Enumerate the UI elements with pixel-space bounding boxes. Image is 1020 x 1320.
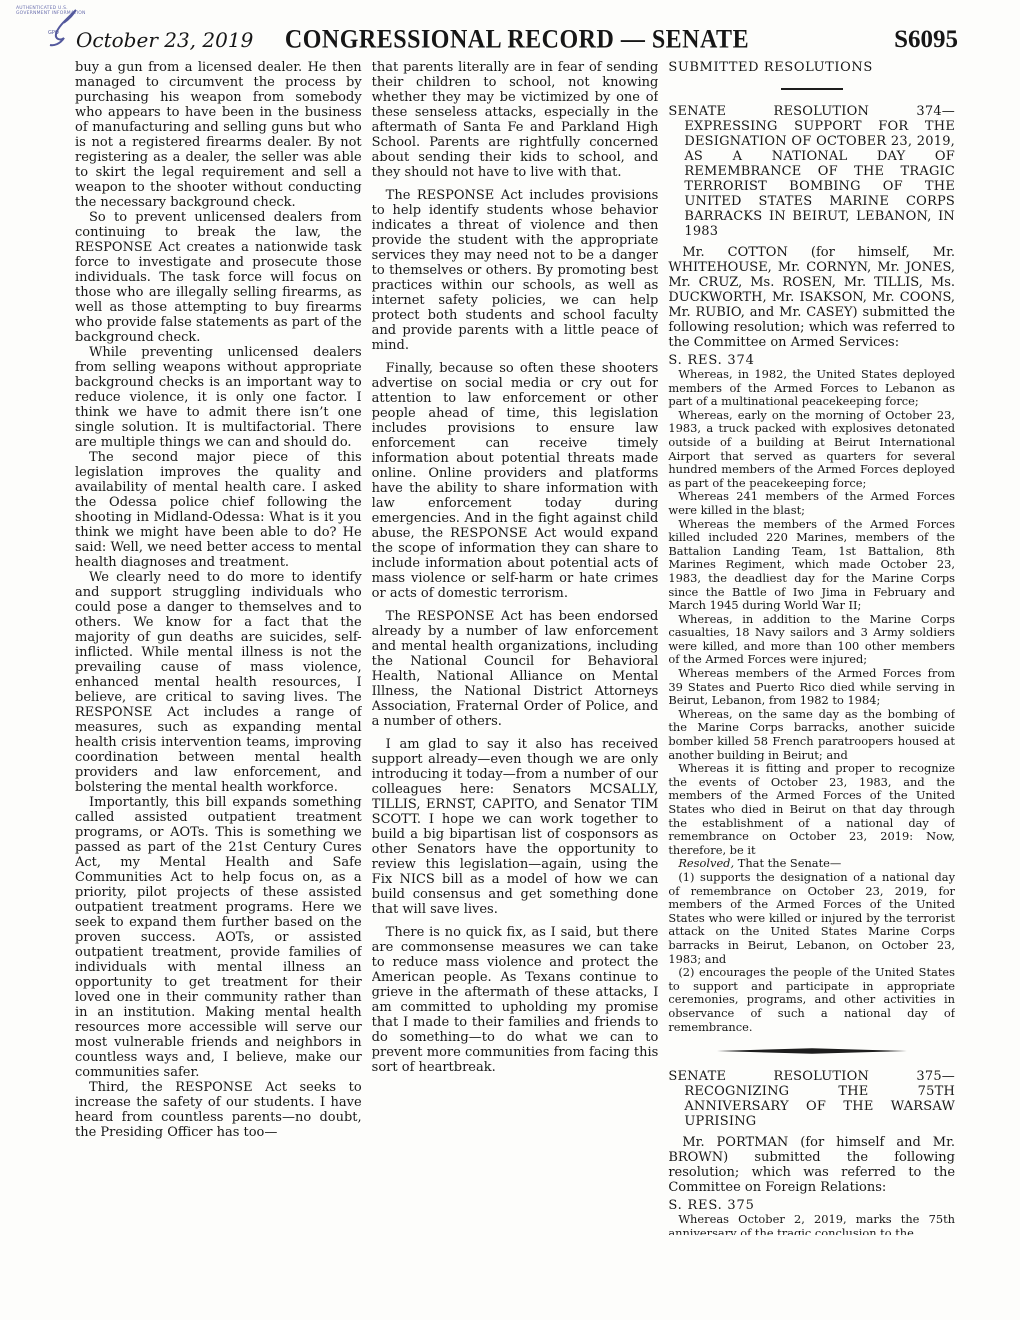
resolution-375-designation: S. RES. 375 [668, 1198, 955, 1213]
masthead-title: CONGRESSIONAL RECORD — SENATE [285, 26, 749, 55]
lens-divider [717, 1048, 907, 1054]
resolution-clause: (1) supports the designation of a nation… [668, 871, 955, 966]
speech-paragraph: So to prevent unlicensed dealers from co… [75, 210, 362, 345]
resolution-clause: (2) encourages the people of the United … [668, 966, 955, 1034]
page-number: S6095 [749, 26, 958, 54]
resolved-rest: That the Senate— [734, 856, 841, 870]
speech-paragraph: Importantly, this bill expands something… [75, 795, 362, 1080]
speech-paragraph: I am glad to say it also has received su… [372, 737, 659, 917]
speech-paragraph: that parents literally are in fear of se… [372, 60, 659, 180]
resolved-clause: Resolved, That the Senate— [668, 857, 955, 871]
column-2: that parents literally are in fear of se… [372, 60, 659, 1235]
resolution-374-sponsors: Mr. COTTON (for himself, Mr. WHITEHOUSE,… [668, 245, 955, 350]
issue-date: October 23, 2019 [76, 28, 285, 52]
whereas-clause: Whereas the members of the Armed Forces … [668, 518, 955, 613]
whereas-clause: Whereas October 2, 2019, marks the 75th … [668, 1213, 955, 1235]
gpo-eagle-swoosh-icon: GPO [46, 8, 80, 52]
speech-paragraph: The RESPONSE Act has been endorsed alrea… [372, 609, 659, 729]
gpo-abbr-text: GPO [48, 30, 59, 36]
speech-paragraph: The RESPONSE Act includes provisions to … [372, 188, 659, 353]
resolution-375-title: SENATE RESOLUTION 375—RECOGNIZING THE 75… [668, 1069, 955, 1129]
whereas-clause: Whereas, in 1982, the United States depl… [668, 368, 955, 409]
resolution-374-designation: S. RES. 374 [668, 353, 955, 368]
resolution-374-title: SENATE RESOLUTION 374—EXPRESSING SUPPORT… [668, 104, 955, 239]
whereas-clause: Whereas, on the same day as the bombing … [668, 708, 955, 762]
speech-paragraph: There is no quick fix, as I said, but th… [372, 925, 659, 1075]
whereas-clause: Whereas 241 members of the Armed Forces … [668, 490, 955, 517]
column-3: SUBMITTED RESOLUTIONS SENATE RESOLUTION … [668, 60, 955, 1235]
whereas-clause: Whereas it is fitting and proper to reco… [668, 762, 955, 857]
section-heading: SUBMITTED RESOLUTIONS [668, 60, 955, 75]
running-head: October 23, 2019 CONGRESSIONAL RECORD — … [76, 26, 958, 54]
speech-paragraph: Third, the RESPONSE Act seeks to increas… [75, 1080, 362, 1140]
whereas-clause: Whereas, in addition to the Marine Corps… [668, 613, 955, 667]
whereas-clause: Whereas members of the Armed Forces from… [668, 667, 955, 708]
speech-paragraph: We clearly need to do more to identify a… [75, 570, 362, 795]
speech-paragraph: Finally, because so often these shooters… [372, 361, 659, 601]
column-1: buy a gun from a licensed dealer. He the… [75, 60, 362, 1235]
resolved-word: Resolved, [678, 856, 734, 870]
speech-paragraph: buy a gun from a licensed dealer. He the… [75, 60, 362, 210]
speech-paragraph: The second major piece of this legislati… [75, 450, 362, 570]
text-columns: buy a gun from a licensed dealer. He the… [75, 60, 955, 1235]
speech-paragraph: While preventing unlicensed dealers from… [75, 345, 362, 450]
whereas-clause: Whereas, early on the morning of October… [668, 409, 955, 491]
congressional-record-page: AUTHENTICATED U.S. GOVERNMENT INFORMATIO… [0, 0, 1020, 1320]
section-rule [781, 88, 843, 90]
resolution-375-sponsors: Mr. PORTMAN (for himself and Mr. BROWN) … [668, 1135, 955, 1195]
